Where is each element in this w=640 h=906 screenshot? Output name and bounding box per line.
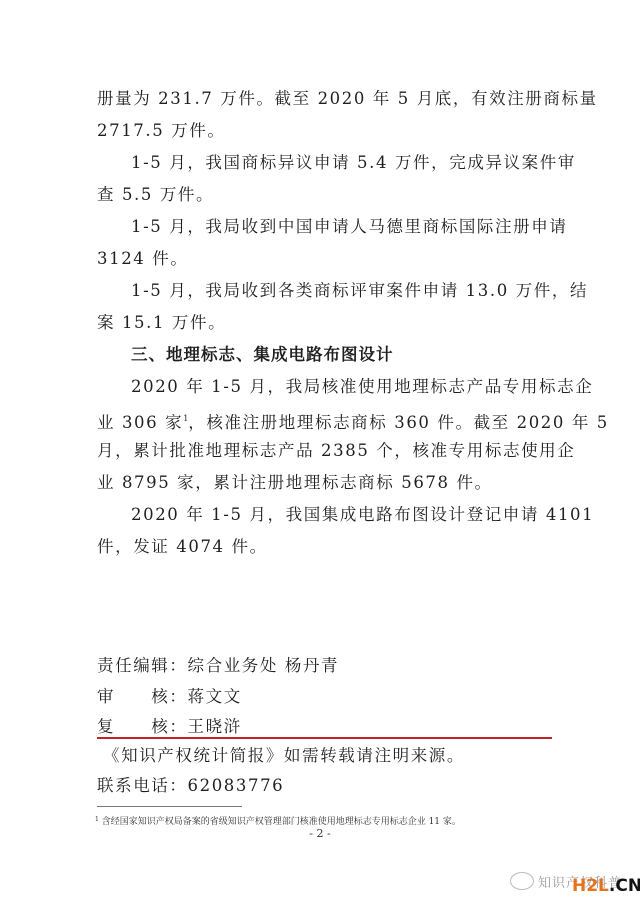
site-logo: H2L.CN xyxy=(572,876,640,896)
paragraph-line: 3124 件。 xyxy=(97,248,188,270)
paragraph-line: 2020 年 1-5 月，我局核准使用地理标志产品专用标志企 xyxy=(131,376,593,398)
page-number: - 2 - xyxy=(0,827,640,840)
paragraph-line: 业 8795 家，累计注册地理标志商标 5678 件。 xyxy=(97,472,493,494)
footnote: 1 含经国家知识产权局备案的省级知识产权管理部门核准使用地理标志专用标志企业 1… xyxy=(95,814,461,828)
paragraph-line: 1-5 月，我国商标异议申请 5.4 万件，完成异议案件审 xyxy=(131,152,576,174)
credit-rechecker: 复 核：王晓浒 xyxy=(97,716,242,738)
red-divider xyxy=(97,737,552,739)
footnote-text: 含经国家知识产权局备案的省级知识产权管理部门核准使用地理标志专用标志企业 11 … xyxy=(102,817,461,827)
footnote-mark: 1 xyxy=(95,816,99,823)
contact-phone: 联系电话：62083776 xyxy=(97,775,284,797)
logo-h2l: H2L xyxy=(572,876,609,896)
paragraph-line: 件，发证 4074 件。 xyxy=(97,536,268,558)
paragraph-line: 1-5 月，我局收到中国申请人马德里商标国际注册申请 xyxy=(131,216,567,238)
logo-cn: .CN xyxy=(609,876,640,896)
paragraph-line: 查 5.5 万件。 xyxy=(97,184,214,206)
paragraph-line: 月，累计批准地理标志产品 2385 个，核准专用标志使用企 xyxy=(97,440,575,462)
credit-reviewer: 审 核：蒋文文 xyxy=(97,686,242,708)
wechat-icon xyxy=(510,872,534,890)
reprint-notice: 《知识产权统计简报》如需转载请注明来源。 xyxy=(103,745,465,767)
paragraph-line: 2020 年 1-5 月，我国集成电路布图设计登记申请 4101 xyxy=(131,504,594,526)
text: ，核准注册地理标志商标 360 件。截至 2020 年 5 xyxy=(188,413,609,432)
text: 业 306 家 xyxy=(97,413,183,432)
paragraph-line: 2717.5 万件。 xyxy=(97,120,225,142)
paragraph-line: 案 15.1 万件。 xyxy=(97,312,226,334)
credit-editor: 责任编辑：综合业务处 杨丹青 xyxy=(97,655,339,677)
paragraph-line: 册量为 231.7 万件。截至 2020 年 5 月底，有效注册商标量 xyxy=(97,88,598,110)
paragraph-line: 1-5 月，我局收到各类商标评审案件申请 13.0 万件，结 xyxy=(131,280,588,302)
paragraph-line: 业 306 家1，核准注册地理标志商标 360 件。截至 2020 年 5 xyxy=(97,408,609,434)
footnote-divider xyxy=(97,806,242,807)
section-heading: 三、地理标志、集成电路布图设计 xyxy=(131,344,394,366)
